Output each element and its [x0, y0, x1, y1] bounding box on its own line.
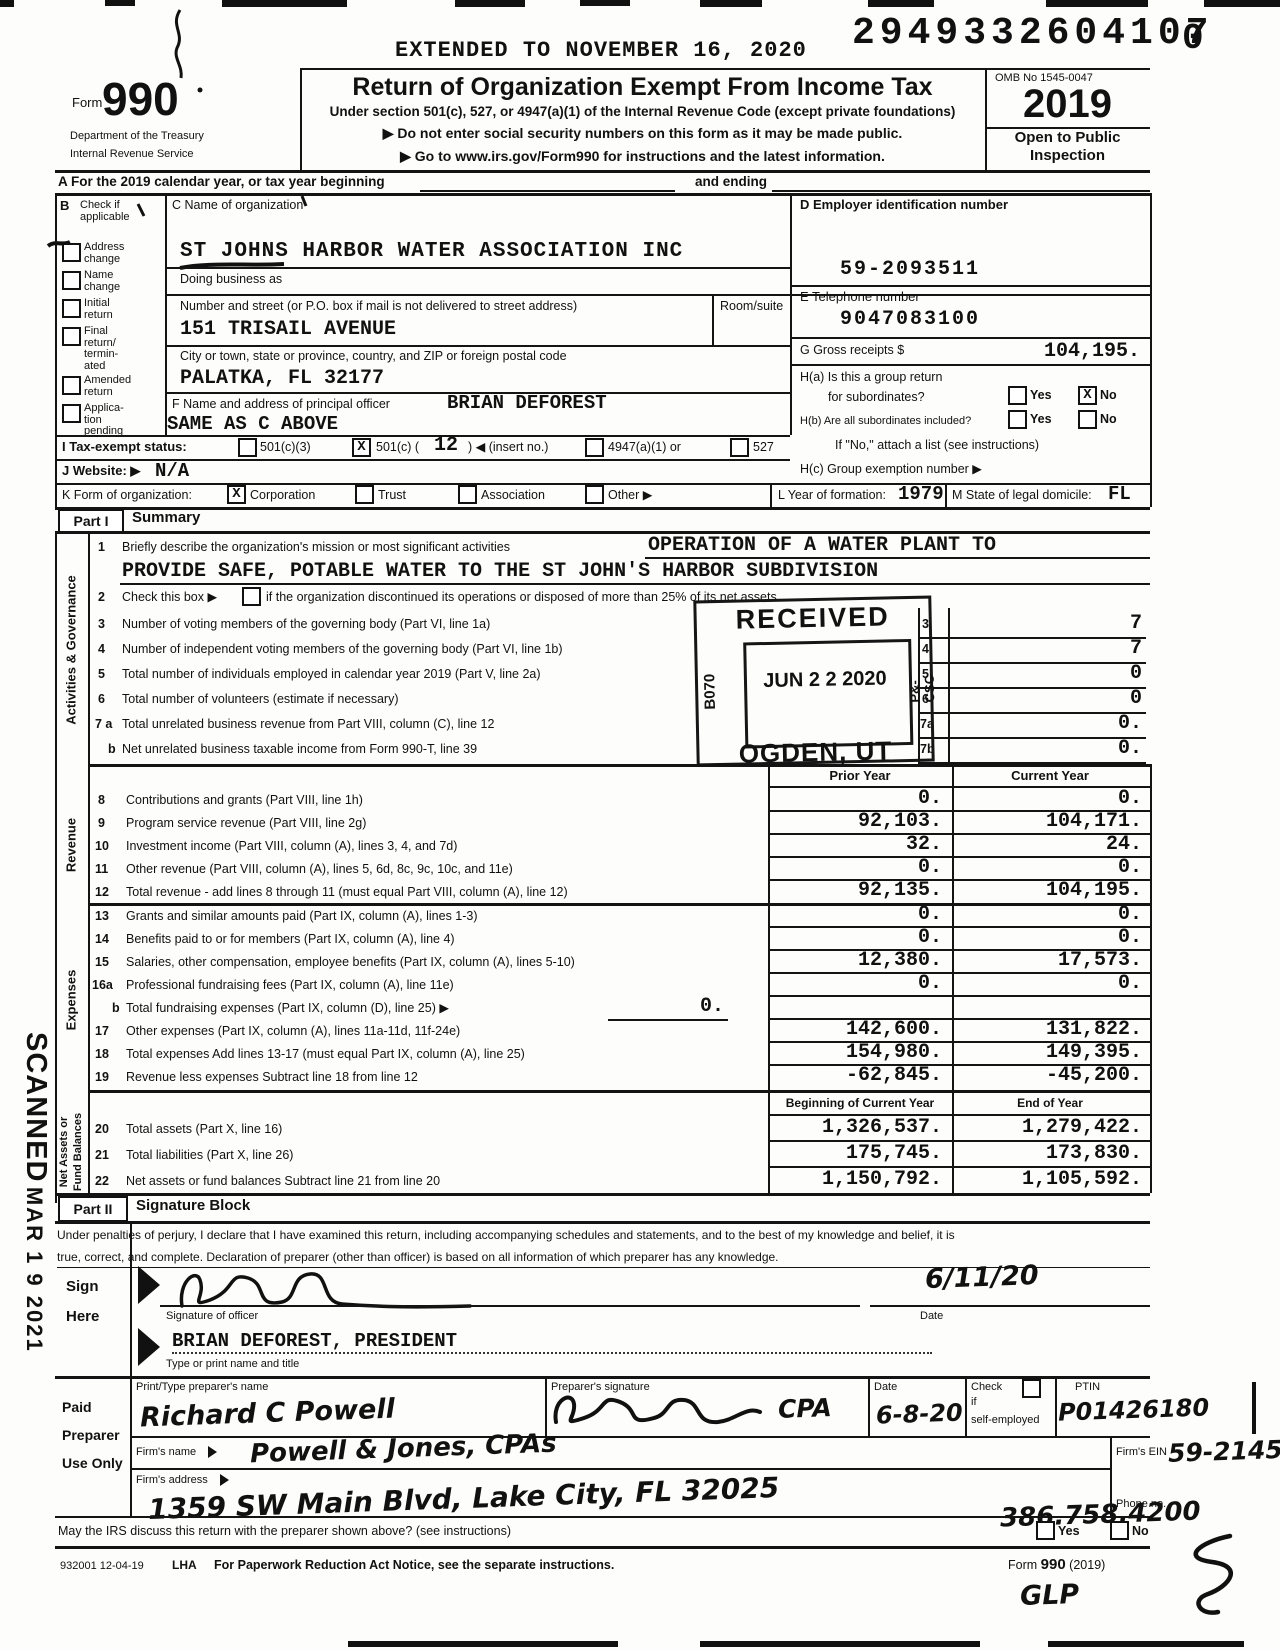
row-label: Revenue less expenses Subtract line 18 f…: [126, 1070, 418, 1084]
check-if-label: if: [971, 1396, 977, 1408]
officer-sign-date: 6/11/20: [924, 1260, 1039, 1295]
prior-value: 0.: [770, 903, 942, 926]
row-num: 8: [98, 793, 105, 807]
row-label: Total assets (Part X, line 16): [126, 1122, 282, 1136]
prior-value: 32.: [770, 833, 942, 856]
row-label: Investment income (Part VIII, column (A)…: [126, 839, 457, 853]
row-label: Other revenue (Part VIII, column (A), li…: [126, 862, 513, 876]
tax-exempt-label: I Tax-exempt status:: [62, 440, 187, 454]
scanline-barcode-suffix: 0: [1182, 18, 1204, 59]
footer-notice: For Paperwork Reduction Act Notice, see …: [214, 1558, 614, 1572]
final-return-checkbox[interactable]: [62, 327, 81, 346]
hb-label: H(b) Are all subordinates included?: [800, 415, 971, 427]
col-current-year: Current Year: [955, 769, 1145, 783]
org-corporation-label: Corporation: [250, 488, 315, 502]
discuss-yes-checkbox[interactable]: [1036, 1521, 1055, 1540]
line1-num: 1: [98, 540, 105, 554]
website-value: N/A: [155, 460, 189, 482]
row-num: 12: [95, 885, 109, 899]
scan-artifact: [700, 0, 762, 7]
row-label: Number of independent voting members of …: [122, 642, 563, 656]
firms-address-arrow-icon: [220, 1474, 229, 1486]
prior-value: -62,845.: [770, 1064, 942, 1087]
row-num: 6: [98, 692, 105, 706]
name-change-checkbox[interactable]: [62, 271, 81, 290]
received-stamp-left-code: B070: [701, 674, 719, 710]
row-num: 14: [95, 932, 109, 946]
scanned-stamp: SCANNED MAR 1 9 2021: [18, 1032, 52, 1332]
sign-arrow-icon: [138, 1266, 160, 1304]
officer-typed-name: BRIAN DEFOREST, PRESIDENT: [172, 1330, 457, 1352]
row-num: 16a: [92, 978, 113, 992]
fundraising-inline-value: 0.: [700, 995, 724, 1018]
date-label: Date: [920, 1310, 943, 1322]
self-employed-checkbox[interactable]: [1022, 1379, 1041, 1398]
org-other-label: Other ▶: [608, 488, 652, 502]
received-stamp-datebox: [743, 639, 913, 748]
scan-artifact: [580, 0, 630, 6]
current-value: 0.: [956, 926, 1142, 949]
self-employed-label: self-employed: [971, 1414, 1039, 1426]
received-stamp-date: JUN 2 2 2020: [744, 667, 906, 693]
ptin-value: P01426180: [1058, 1393, 1210, 1426]
hb-no-label: No: [1100, 412, 1117, 426]
row-label: Contributions and grants (Part VIII, lin…: [126, 793, 363, 807]
org-other-checkbox[interactable]: [585, 485, 604, 504]
org-trust-checkbox[interactable]: [355, 485, 374, 504]
scan-artifact: [455, 0, 525, 7]
current-value: -45,200.: [956, 1064, 1142, 1087]
row-num: 5: [98, 667, 105, 681]
line2-num: 2: [98, 590, 105, 604]
city-value: PALATKA, FL 32177: [180, 367, 384, 390]
row-label: Total expenses Add lines 13-17 (must equ…: [126, 1047, 525, 1061]
org-trust-label: Trust: [378, 488, 406, 502]
org-corporation-checkbox[interactable]: X: [227, 485, 246, 504]
ha-yes-checkbox[interactable]: [1008, 386, 1027, 405]
line-a-label: A For the 2019 calendar year, or tax yea…: [58, 175, 385, 189]
form-subtitle: Under section 501(c), 527, or 4947(a)(1)…: [302, 105, 983, 119]
website-label: J Website: ▶: [62, 464, 140, 478]
current-value: 24.: [956, 833, 1142, 856]
perjury-line-1: Under penalties of perjury, I declare th…: [57, 1228, 1152, 1242]
tax-year: 2019: [990, 82, 1145, 127]
prior-value: 0.: [770, 926, 942, 949]
sidebar-expenses-label: Expenses: [64, 970, 79, 1031]
final-return-label: Final return/ termin- ated: [84, 326, 118, 372]
end-value: 1,105,592.: [956, 1168, 1142, 1191]
current-value: 0.: [956, 903, 1142, 926]
sidebar-netassets-label-1: Net Assets or: [58, 1117, 70, 1188]
prior-value: 92,103.: [770, 810, 942, 833]
use-only-word: Use Only: [62, 1456, 123, 1470]
form-title: Return of Organization Exempt From Incom…: [302, 74, 983, 101]
discuss-no-checkbox[interactable]: [1110, 1521, 1129, 1540]
row-value: 7: [950, 637, 1142, 660]
status-4947-checkbox[interactable]: [585, 438, 604, 457]
preparer-name-value: Richard C Powell: [140, 1394, 396, 1434]
discuss-yes-label: Yes: [1058, 1524, 1080, 1538]
current-value: 104,195.: [956, 879, 1142, 902]
city-label: City or town, state or province, country…: [180, 349, 567, 363]
row-num: 13: [95, 909, 109, 923]
privacy-bullet: ▶ Do not enter social security numbers o…: [302, 126, 983, 140]
row-value: 0.: [950, 737, 1142, 760]
line2-pre: Check this box ▶: [122, 590, 217, 604]
status-insert-label: ) ◀ (insert no.): [468, 440, 548, 454]
type-print-label: Type or print name and title: [166, 1358, 299, 1370]
row-value: 7: [950, 612, 1142, 635]
scan-artifact: [1048, 1641, 1244, 1647]
hb-no-checkbox[interactable]: [1078, 410, 1097, 429]
row-num: b: [108, 742, 116, 756]
extended-due-date: EXTENDED TO NOVEMBER 16, 2020: [395, 38, 807, 63]
footer-lha: LHA: [172, 1558, 197, 1572]
row-label: Number of voting members of the governin…: [122, 617, 490, 631]
received-stamp-title: RECEIVED: [696, 601, 929, 637]
scan-artifact: [348, 1641, 618, 1647]
row-label: Other expenses (Part IX, column (A), lin…: [126, 1024, 460, 1038]
row-num: 7 a: [95, 717, 112, 731]
sidebar-revenue-label: Revenue: [64, 818, 79, 872]
check-label: Check: [971, 1381, 1002, 1393]
row-value: 0: [950, 687, 1142, 710]
mission-value-2: PROVIDE SAFE, POTABLE WATER TO THE ST JO…: [122, 560, 878, 583]
current-value: 17,573.: [956, 949, 1142, 972]
part1-box: Part I: [58, 509, 124, 533]
scanline-barcode: 2949332604107: [852, 12, 1213, 55]
ha-label-1: H(a) Is this a group return: [800, 370, 942, 384]
row-label: Total number of volunteers (estimate if …: [122, 692, 399, 706]
row-label: Total unrelated business revenue from Pa…: [122, 717, 494, 731]
status-527-label: 527: [753, 440, 774, 454]
gross-receipts-value: 104,195.: [940, 340, 1140, 363]
row-num: 4: [98, 642, 105, 656]
footer-code: 932001 12-04-19: [60, 1560, 144, 1572]
address-change-label: Address change: [84, 242, 124, 265]
may-irs-question: May the IRS discuss this return with the…: [58, 1524, 511, 1538]
mission-value-1: OPERATION OF A WATER PLANT TO: [648, 534, 996, 557]
application-pending-checkbox[interactable]: [62, 404, 81, 423]
ein-value: 59-2093511: [840, 258, 980, 281]
room-suite-label: Room/suite: [720, 299, 783, 313]
row-num: 9: [98, 816, 105, 830]
firms-name-arrow-icon: [208, 1446, 217, 1458]
org-form-label: K Form of organization:: [62, 488, 192, 502]
gross-receipts-label: G Gross receipts $: [800, 343, 904, 357]
row-value: 0.: [950, 712, 1142, 735]
here-word: Here: [66, 1310, 99, 1324]
row-num: 10: [95, 839, 109, 853]
year-formation-value: 1979: [898, 483, 944, 505]
phone-label: E Telephone number: [800, 290, 920, 304]
hc-label: H(c) Group exemption number ▶: [800, 462, 982, 476]
row-label: Total liabilities (Part X, line 26): [126, 1148, 293, 1162]
hb-yes-label: Yes: [1030, 412, 1052, 426]
handwritten-initials: GLP: [1019, 1579, 1079, 1612]
signature-officer-label: Signature of officer: [166, 1310, 258, 1322]
address-change-checkbox[interactable]: [62, 243, 81, 262]
pen-mark: [1248, 1380, 1260, 1436]
officer-address: SAME AS C ABOVE: [167, 413, 338, 435]
ein-label: D Employer identification number: [800, 198, 1008, 212]
row-label: Total number of individuals employed in …: [122, 667, 541, 681]
hb-yes-checkbox[interactable]: [1008, 410, 1027, 429]
row-label: Total fundraising expenses (Part IX, col…: [126, 1001, 449, 1015]
ha-no-label: No: [1100, 388, 1117, 402]
scan-artifact: [0, 0, 14, 7]
row-value: 0: [950, 662, 1142, 685]
part2-title: Signature Block: [136, 1199, 250, 1213]
block-b-checkif: Check if applicable: [80, 200, 130, 223]
line-a-ending: and ending: [695, 175, 767, 189]
row-num: 17: [95, 1024, 109, 1038]
prior-value: 92,135.: [770, 879, 942, 902]
current-value: 149,395.: [956, 1041, 1142, 1064]
row-label: Salaries, other compensation, employee b…: [126, 955, 575, 969]
initial-return-label: Initial return: [84, 298, 113, 321]
row-num: b: [112, 1001, 120, 1015]
preparer-signature-suffix: CPA: [778, 1393, 833, 1424]
scan-artifact: [222, 0, 347, 7]
col-end-year: End of Year: [955, 1096, 1145, 1110]
firms-ein-label: Firm's EIN: [1116, 1446, 1167, 1458]
row-num: 15: [95, 955, 109, 969]
dept-treasury: Department of the Treasury: [70, 130, 204, 142]
name-change-label: Name change: [84, 270, 120, 293]
scan-artifact: [868, 0, 934, 7]
open-to-public: Open to Public: [990, 131, 1145, 145]
amended-return-checkbox[interactable]: [62, 376, 81, 395]
col-prior-year: Prior Year: [770, 769, 950, 783]
status-501c-checkbox[interactable]: X: [352, 438, 371, 457]
sign-word: Sign: [66, 1280, 99, 1294]
row-num: 18: [95, 1047, 109, 1061]
prior-value: 154,980.: [770, 1041, 942, 1064]
row-label: Net assets or fund balances Subtract lin…: [126, 1174, 440, 1188]
scan-artifact: [105, 0, 135, 6]
begin-value: 175,745.: [770, 1142, 942, 1165]
sidebar-governance-label: Activities & Governance: [64, 575, 79, 725]
preparer-date-value: 6-8-20: [876, 1398, 964, 1429]
domicile-label: M State of legal domicile:: [952, 488, 1092, 502]
preparer-word: Preparer: [62, 1428, 120, 1442]
status-4947-label: 4947(a)(1) or: [608, 440, 681, 454]
prior-value: 0.: [770, 972, 942, 995]
row-num: 3: [98, 617, 105, 631]
received-stamp: RECEIVED JUN 2 2 2020 OGDEN, UT B070 P&-…: [693, 596, 934, 767]
form-number: 990: [102, 72, 179, 126]
status-insert-number: 12: [434, 434, 458, 457]
prior-value: 0.: [770, 787, 942, 810]
inspection: Inspection: [990, 149, 1145, 163]
form-word: Form: [72, 96, 102, 110]
form-990-scan: 2949332604107 0 EXTENDED TO NOVEMBER 16,…: [0, 0, 1280, 1650]
current-value: 0.: [956, 972, 1142, 995]
preparer-name-label: Print/Type preparer's name: [136, 1381, 268, 1393]
amended-return-label: Amended return: [84, 375, 131, 398]
scan-artifact: [1046, 0, 1148, 7]
scan-artifact: [1204, 0, 1280, 7]
initial-return-checkbox[interactable]: [62, 299, 81, 318]
scan-artifact: [700, 1641, 980, 1647]
row-num: 11: [95, 862, 108, 876]
row-label: Net unrelated business taxable income fr…: [122, 742, 477, 756]
row-label: Professional fundraising fees (Part IX, …: [126, 978, 454, 992]
prior-value: 12,380.: [770, 949, 942, 972]
pen-mark: [1160, 1528, 1250, 1623]
domicile-value: FL: [1108, 483, 1131, 505]
status-501c-label: 501(c) (: [376, 440, 419, 454]
status-527-checkbox[interactable]: [730, 438, 749, 457]
officer-name: BRIAN DEFOREST: [447, 392, 607, 414]
application-pending-label: Applica- tion pending: [84, 403, 124, 438]
current-value: 0.: [956, 787, 1142, 810]
year-formation-label: L Year of formation:: [778, 488, 886, 502]
street-value: 151 TRISAIL AVENUE: [180, 318, 396, 341]
col-beginning-year: Beginning of Current Year: [770, 1096, 950, 1110]
officer-label: F Name and address of principal officer: [172, 397, 390, 411]
sign-arrow-icon: [138, 1328, 160, 1366]
preparer-date-label: Date: [874, 1381, 897, 1393]
status-501c3-label: 501(c)(3): [260, 440, 311, 454]
ha-no-checkbox[interactable]: X: [1078, 386, 1097, 405]
goto-bullet: ▶ Go to www.irs.gov/Form990 for instruct…: [302, 149, 983, 163]
firms-address-label: Firm's address: [136, 1474, 208, 1486]
pen-mark: [178, 258, 288, 272]
phone-value: 9047083100: [840, 308, 980, 331]
firms-name-label: Firm's name: [136, 1446, 196, 1458]
current-value: 104,171.: [956, 810, 1142, 833]
begin-value: 1,326,537.: [770, 1116, 942, 1139]
row-num: 19: [95, 1070, 109, 1084]
org-name-label: C Name of organization: [172, 198, 303, 212]
row-num: 20: [95, 1122, 109, 1136]
firms-ein-value: 59-2145410: [1168, 1433, 1280, 1468]
part1-title: Summary: [132, 511, 200, 525]
prior-value: 0.: [770, 856, 942, 879]
ptin-label: PTIN: [1075, 1381, 1100, 1393]
block-b-letter: B: [60, 199, 69, 213]
row-label: Grants and similar amounts paid (Part IX…: [126, 909, 478, 923]
row-label: Benefits paid to or for members (Part IX…: [126, 932, 455, 946]
discuss-no-label: No: [1132, 1524, 1149, 1538]
hb-note: If "No," attach a list (see instructions…: [835, 438, 1039, 452]
street-label: Number and street (or P.O. box if mail i…: [180, 299, 577, 313]
discontinued-checkbox[interactable]: [242, 587, 261, 606]
status-501c3-checkbox[interactable]: [238, 438, 257, 457]
paid-word: Paid: [62, 1400, 92, 1414]
end-value: 173,830.: [956, 1142, 1142, 1165]
begin-value: 1,150,792.: [770, 1168, 942, 1191]
row-label: Total revenue - add lines 8 through 11 (…: [126, 885, 568, 899]
current-value: 0.: [956, 856, 1142, 879]
row-num: 21: [95, 1148, 109, 1162]
received-stamp-right-code: P&-CSC: [907, 675, 938, 703]
part2-box: Part II: [58, 1196, 128, 1222]
prior-value: 142,600.: [770, 1018, 942, 1041]
org-association-label: Association: [481, 488, 545, 502]
footer-form: Form 990 (2019): [1008, 1556, 1105, 1573]
sidebar-netassets-label-2: Fund Balances: [72, 1113, 84, 1191]
dba-label: Doing business as: [180, 272, 282, 286]
ha-yes-label: Yes: [1030, 388, 1052, 402]
row-label: Program service revenue (Part VIII, line…: [126, 816, 366, 830]
row-num: 22: [95, 1174, 109, 1188]
org-association-checkbox[interactable]: [458, 485, 477, 504]
line1-label: Briefly describe the organization's miss…: [122, 540, 510, 554]
ha-label-2: for subordinates?: [828, 390, 925, 404]
firms-name-value: Powell & Jones, CPAs: [250, 1429, 557, 1470]
dept-irs: Internal Revenue Service: [70, 148, 194, 160]
end-value: 1,279,422.: [956, 1116, 1142, 1139]
current-value: 131,822.: [956, 1018, 1142, 1041]
